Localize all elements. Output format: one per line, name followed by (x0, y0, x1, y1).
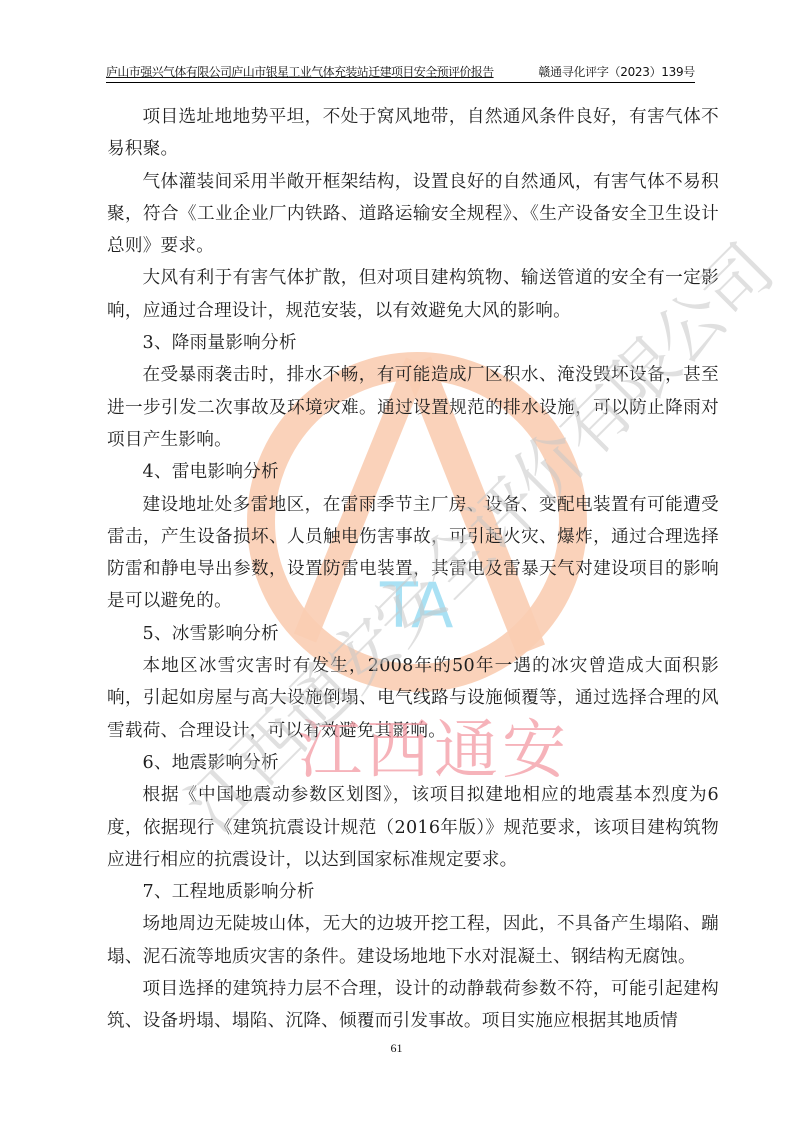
paragraph: 项目选择的建筑持力层不合理，设计的动静载荷参数不符，可能引起建构筑、设备坍塌、塌… (107, 973, 719, 1038)
paragraph: 根据《中国地震动参数区划图》，该项目拟建地相应的地震基本烈度为6度，依据现行《建… (107, 779, 719, 876)
section-heading-geology: 7、工程地质影响分析 (107, 876, 719, 908)
section-heading-lightning: 4、雷电影响分析 (107, 456, 719, 488)
paragraph: 本地区冰雪灾害时有发生，2008年的50年一遇的冰灾曾造成大面积影响，引起如房屋… (107, 650, 719, 747)
page-number: 61 (0, 1041, 793, 1056)
running-header: 庐山市强兴气体有限公司庐山市银星工业气体充装站迁建项目安全预评价报告 赣通寻化评… (106, 64, 695, 83)
report-code: 赣通寻化评字（2023）139号 (538, 64, 695, 80)
document-body: 项目选址地地势平坦，不处于窝风地带，自然通风条件良好，有害气体不易积聚。 气体灌… (107, 101, 719, 1038)
paragraph: 在受暴雨袭击时，排水不畅，有可能造成厂区积水、淹没毁坏设备，甚至进一步引发二次事… (107, 359, 719, 456)
paragraph: 大风有利于有害气体扩散，但对项目建构筑物、输送管道的安全有一定影响，应通过合理设… (107, 262, 719, 327)
paragraph: 气体灌装间采用半敞开框架结构，设置良好的自然通风，有害气体不易积聚，符合《工业企… (107, 166, 719, 263)
paragraph: 建设地址处多雷地区，在雷雨季节主厂房、设备、变配电装置有可能遭受雷击，产生设备损… (107, 489, 719, 618)
paragraph: 项目选址地地势平坦，不处于窝风地带，自然通风条件良好，有害气体不易积聚。 (107, 101, 719, 166)
section-heading-rainfall: 3、降雨量影响分析 (107, 327, 719, 359)
section-heading-ice-snow: 5、冰雪影响分析 (107, 618, 719, 650)
paragraph: 场地周边无陡坡山体，无大的边坡开挖工程，因此，不具备产生塌陷、蹦塌、泥石流等地质… (107, 908, 719, 973)
report-title: 庐山市强兴气体有限公司庐山市银星工业气体充装站迁建项目安全预评价报告 (106, 64, 494, 80)
section-heading-earthquake: 6、地震影响分析 (107, 747, 719, 779)
